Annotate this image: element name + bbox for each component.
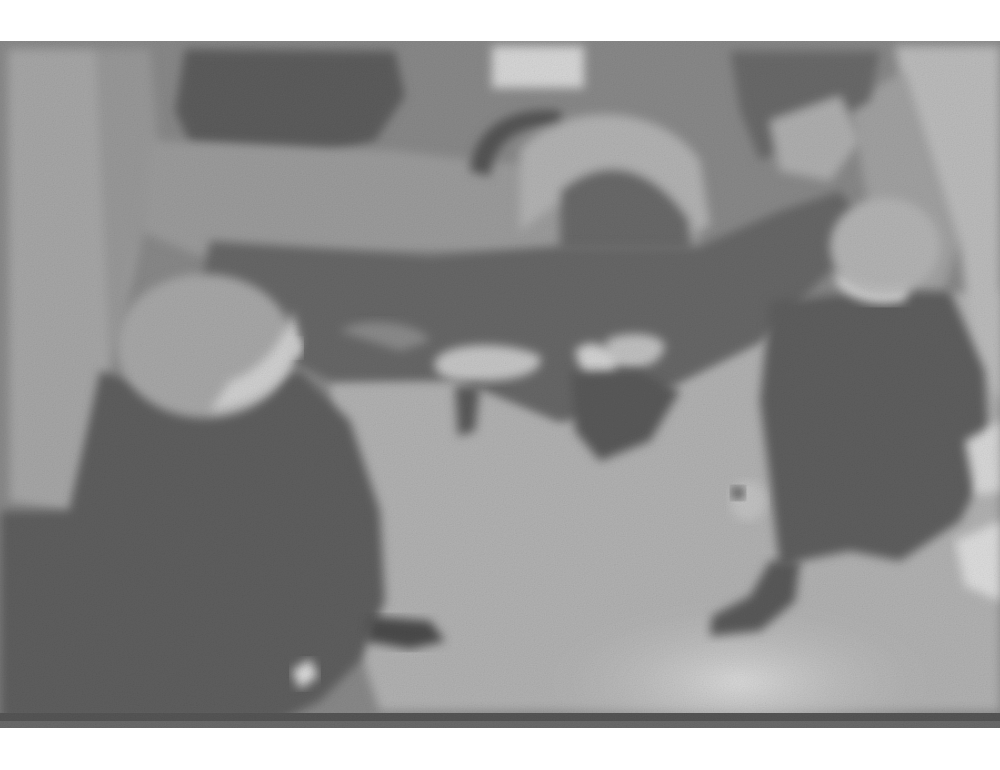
photograph: Overhead view of several small children …: [0, 41, 1000, 728]
dark-block-top-left: [175, 49, 405, 153]
photo-scene: [0, 41, 1000, 728]
